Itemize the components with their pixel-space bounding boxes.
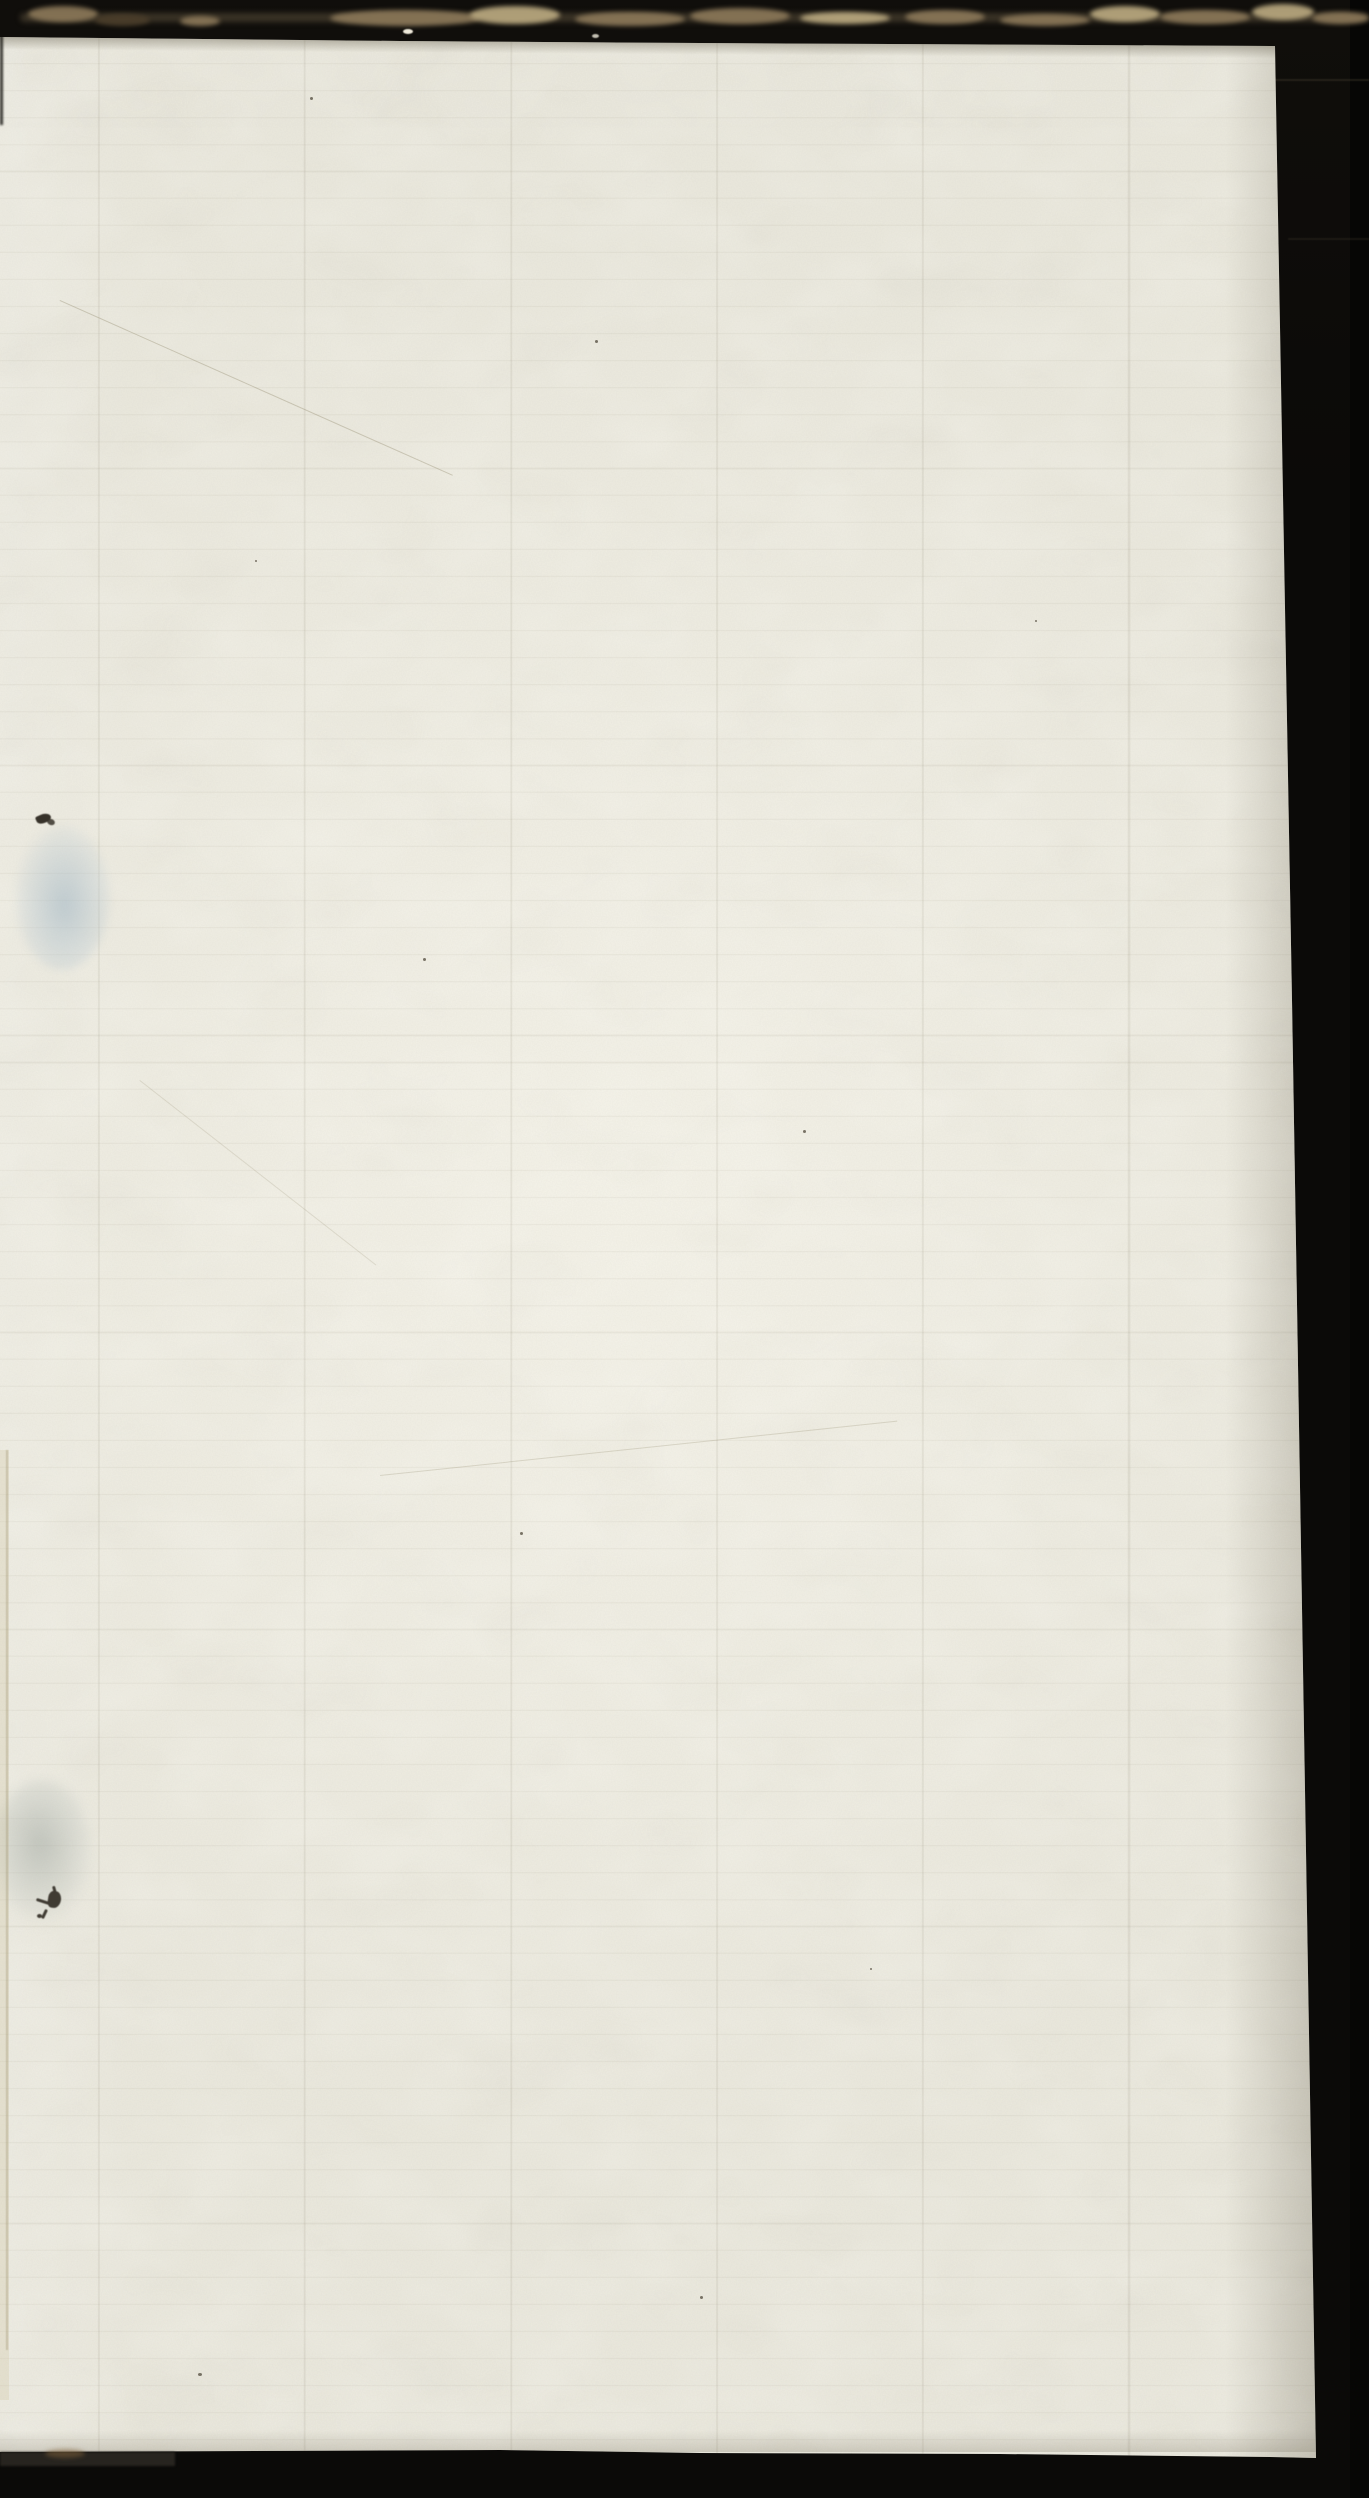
ink-splatter-part bbox=[41, 1909, 48, 1919]
backdrop-streak bbox=[1288, 238, 1369, 240]
ink-splatter-lower bbox=[36, 1886, 72, 1926]
paper-speck bbox=[700, 2296, 703, 2299]
debris-blob bbox=[1160, 10, 1250, 24]
paper-speck bbox=[310, 97, 313, 100]
left-edge-sliver bbox=[0, 35, 3, 125]
debris-blob bbox=[1312, 12, 1369, 24]
debris-blob bbox=[690, 8, 790, 24]
backdrop-streak bbox=[1270, 79, 1369, 81]
debris-blob bbox=[330, 10, 480, 26]
white-fleck bbox=[403, 29, 413, 34]
book-scan bbox=[0, 0, 1369, 2498]
paper-grain-texture bbox=[0, 0, 1369, 2498]
paper-speck bbox=[870, 1968, 872, 1970]
debris-blob bbox=[800, 12, 890, 24]
left-edge-crease bbox=[6, 1450, 8, 2350]
paper-speck bbox=[255, 560, 257, 562]
mottle-dark-layer bbox=[0, 0, 1369, 2498]
debris-blob bbox=[95, 14, 150, 26]
bottom-edge-smudge bbox=[45, 2449, 85, 2458]
scanner-backdrop-band bbox=[1350, 0, 1369, 2498]
page-bottom-edge-shadow bbox=[0, 2452, 175, 2466]
paper-speck bbox=[520, 1532, 523, 1535]
debris-blob bbox=[28, 6, 98, 22]
stain-blot-upper bbox=[15, 825, 110, 970]
paper-speck bbox=[198, 2373, 202, 2376]
debris-blob bbox=[575, 12, 685, 26]
scan-body: { "document": { "kind": "scanned-book-pa… bbox=[0, 0, 1369, 2498]
white-fleck bbox=[592, 34, 599, 38]
ink-splatter-part bbox=[37, 1914, 42, 1918]
page-bottom-shade bbox=[0, 2430, 1369, 2452]
debris-blob bbox=[470, 6, 560, 24]
page-edge-shade bbox=[1225, 0, 1320, 2498]
paper-speck bbox=[1035, 620, 1037, 622]
paper-speck bbox=[595, 340, 598, 343]
debris-blob bbox=[905, 10, 985, 24]
debris-blob bbox=[1252, 4, 1314, 20]
debris-blob bbox=[1090, 6, 1160, 22]
debris-blob bbox=[1000, 14, 1090, 26]
blank-page bbox=[0, 0, 1369, 2498]
ink-splatter-part bbox=[52, 1886, 57, 1895]
debris-blob bbox=[180, 16, 220, 26]
ink-fleck-upper bbox=[36, 812, 62, 832]
ink-fleck-part bbox=[46, 818, 56, 826]
paper-speck bbox=[423, 958, 426, 961]
paper-speck bbox=[803, 1130, 806, 1133]
